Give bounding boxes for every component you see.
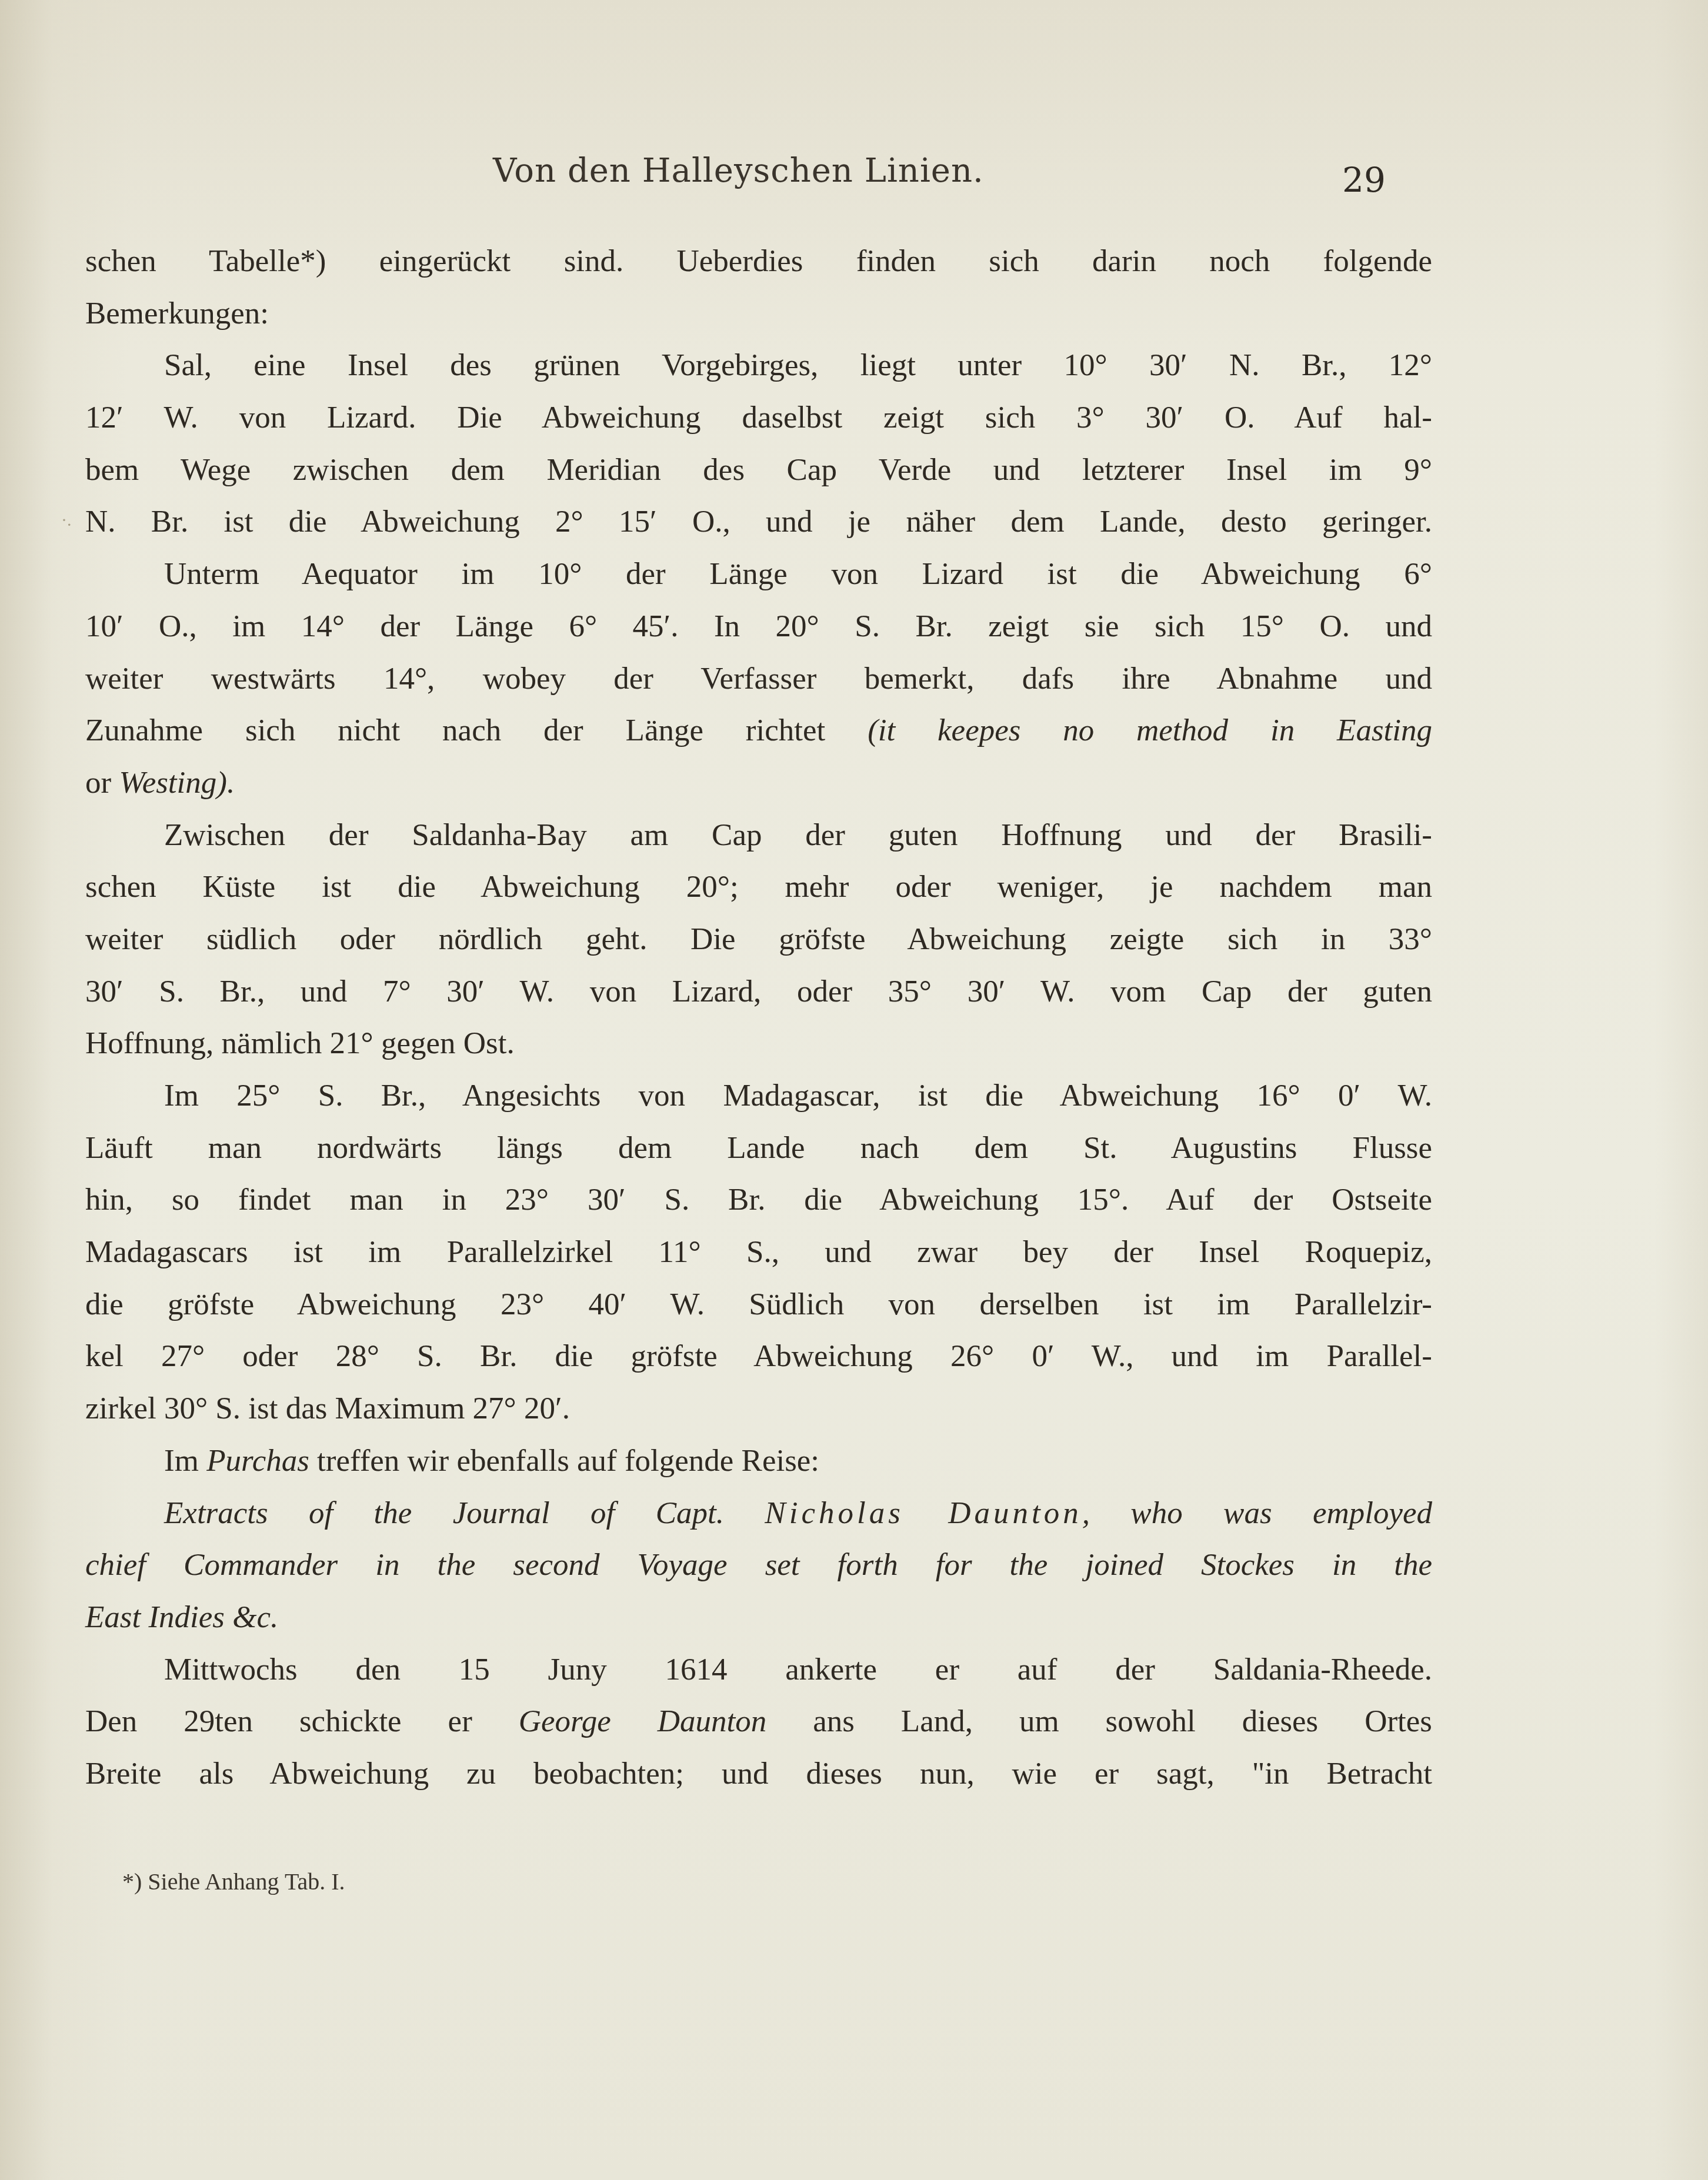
footnote: *) Siehe Anhang Tab. I. [122,1868,345,1895]
book-page: Von den Halleyschen Linien. 29 ·. schen … [0,0,1708,2180]
text-line: bem Wege zwischen dem Meridian des Cap V… [85,444,1432,496]
text-run: Zunahme sich nicht nach der Länge richte… [85,713,868,747]
text-line: East Indies &c. [85,1591,1432,1644]
paragraph-start-extracts: Extracts of the Journal of Capt. Nichola… [85,1487,1432,1540]
text-line: kel 27° oder 28° S. Br. die gröfste Abwe… [85,1330,1432,1383]
text-line: Breite als Abweichung zu beobachten; und… [85,1748,1432,1800]
page-number: 29 [1342,160,1386,200]
book-title-purchas: Purchas [206,1444,309,1478]
paragraph-start-madagascar: Im 25° S. Br., Angesichts von Madagascar… [85,1070,1432,1122]
text-line: 12′ W. von Lizard. Die Abweichung daselb… [85,392,1432,444]
text-line: weiter südlich oder nördlich geht. Die g… [85,913,1432,966]
person-name: George Daunton [519,1704,766,1738]
text-line: or Westing). [85,757,1432,809]
running-title: Von den Halleyschen Linien. [493,152,984,190]
text-run: , who was employed [1082,1496,1432,1530]
paragraph-start-sal: Sal, eine Insel des grünen Vorgebirges, … [85,339,1432,392]
text-line: Madagascars ist im Parallelzirkel 11° S.… [85,1226,1432,1278]
text-line: 30′ S. Br., und 7° 30′ W. von Lizard, od… [85,966,1432,1018]
text-line: schen Tabelle*) eingerückt sind. Ueberdi… [85,235,1432,288]
margin-mark: ·. [61,510,72,530]
text-line: schen Küste ist die Abweichung 20°; mehr… [85,861,1432,913]
paragraph-start-purchas: Im Purchas treffen wir ebenfalls auf fol… [85,1435,1432,1487]
text-run: Extracts of the Journal of Capt. [164,1496,765,1530]
text-line: die gröfste Abweichung 23° 40′ W. Südlic… [85,1278,1432,1331]
text-line: Hoffnung, nämlich 21° gegen Ost. [85,1017,1432,1070]
text-run: Im [164,1444,206,1478]
paragraph-start-mittwochs: Mittwochs den 15 Juny 1614 ankerte er au… [85,1644,1432,1696]
body-text: schen Tabelle*) eingerückt sind. Ueberdi… [85,235,1432,1800]
text-line: N. Br. ist die Abweichung 2° 15′ O., und… [85,496,1432,548]
english-quote: (it keepes no method in Easting [868,713,1432,747]
text-run: or [85,766,119,800]
text-line: Läuft man nordwärts längs dem Lande nach… [85,1122,1432,1174]
text-run: ans Land, um sowohl dieses Ortes [766,1704,1432,1738]
text-run: Den 29ten schickte er [85,1704,519,1738]
paragraph-start-saldanha: Zwischen der Saldanha-Bay am Cap der gut… [85,809,1432,862]
text-line: zirkel 30° S. ist das Maximum 27° 20′. [85,1383,1432,1435]
text-run: treffen wir ebenfalls auf folgende Reise… [309,1444,819,1478]
text-line: hin, so findet man in 23° 30′ S. Br. die… [85,1174,1432,1226]
paragraph-start-aequator: Unterm Aequator im 10° der Länge von Liz… [85,548,1432,600]
text-line: Zunahme sich nicht nach der Länge richte… [85,705,1432,757]
text-line: Bemerkungen: [85,288,1432,340]
text-line: Den 29ten schickte er George Daunton ans… [85,1695,1432,1748]
text-line: 10′ O., im 14° der Länge 6° 45′. In 20° … [85,600,1432,653]
spaced-name: Nicholas Daunton [765,1496,1082,1530]
text-line: weiter westwärts 14°, wobey der Verfasse… [85,653,1432,705]
text-line: chief Commander in the second Voyage set… [85,1539,1432,1591]
english-quote: Westing). [119,766,235,800]
